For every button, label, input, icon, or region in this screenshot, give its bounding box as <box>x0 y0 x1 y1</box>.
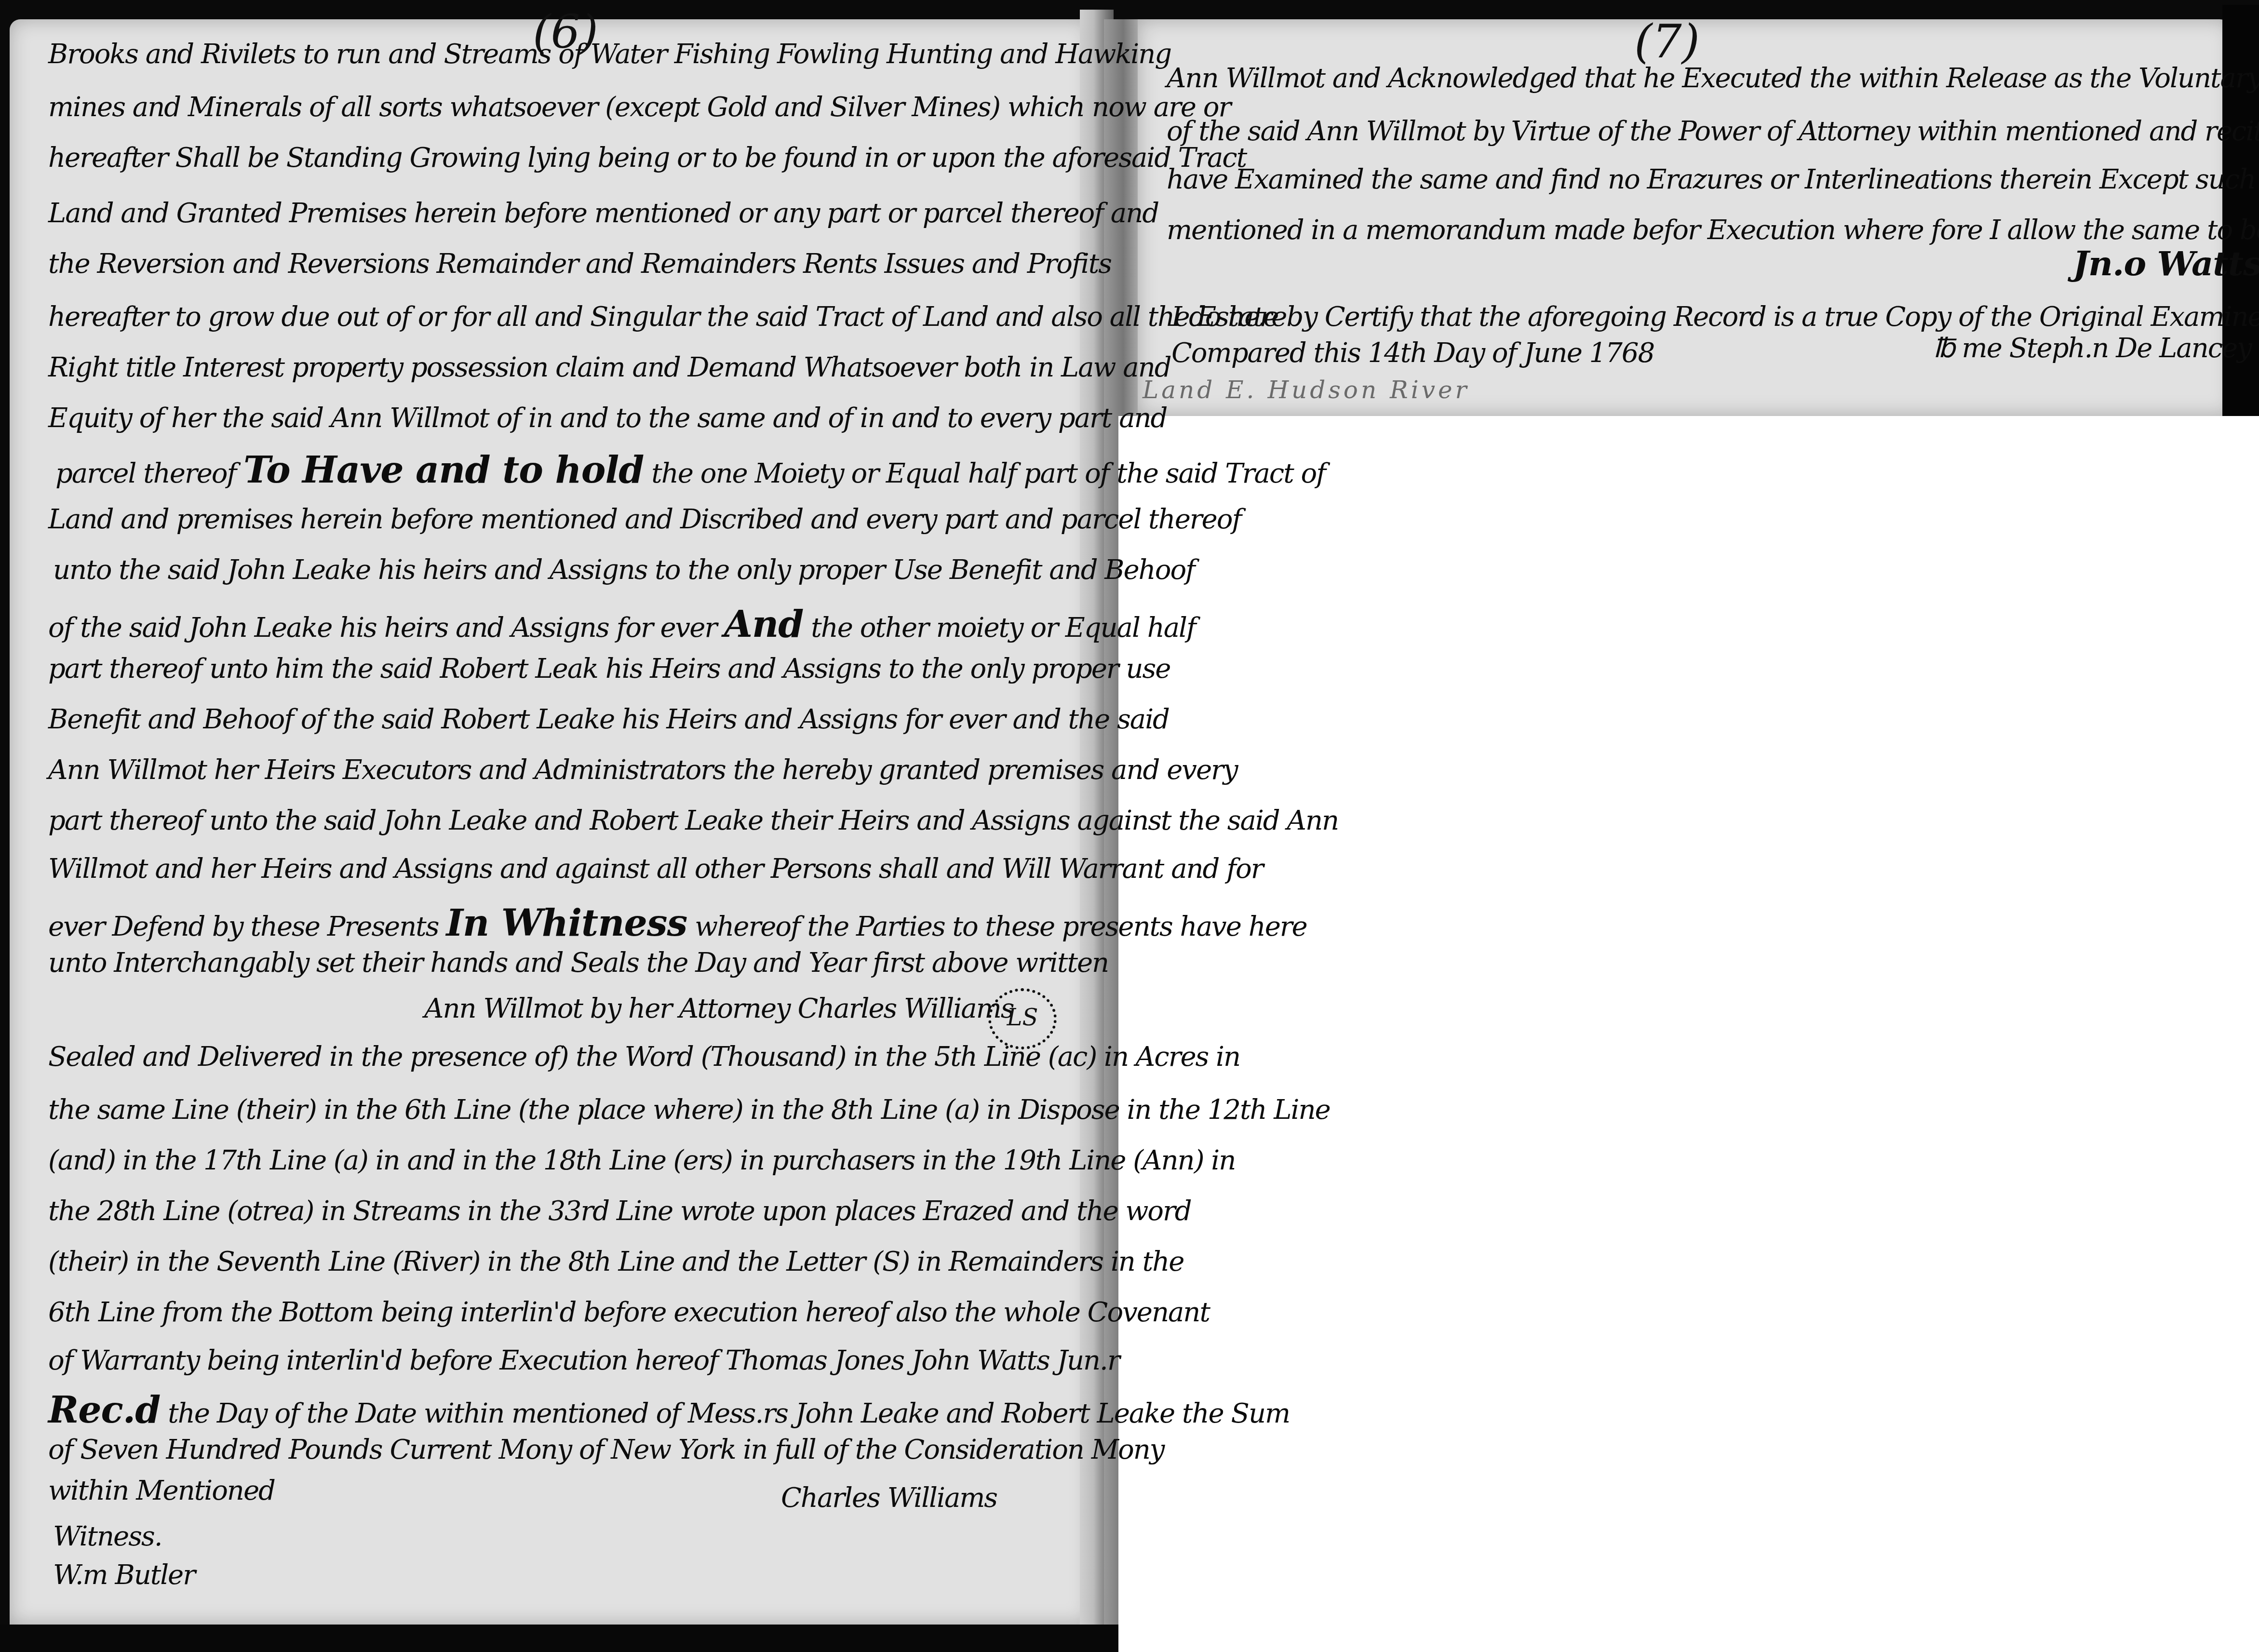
witness-label: Witness. <box>53 1521 161 1552</box>
manuscript-line: the 28th Line (otrea) in Streams in the … <box>48 1195 1191 1227</box>
manuscript-line: hereafter to grow due out of or for all … <box>48 301 1278 333</box>
manuscript-line: hereafter Shall be Standing Growing lyin… <box>48 142 1246 174</box>
manuscript-line: Benefit and Behoof of the said Robert Le… <box>48 704 1169 735</box>
signature-charles-williams: Charles Williams <box>781 1482 997 1514</box>
manuscript-line: Land and premises herein before mentione… <box>48 504 1241 535</box>
manuscript-line: unto the said John Leake his heirs and A… <box>53 554 1195 586</box>
manuscript-line: I do hereby Certify that the aforegoing … <box>1171 301 2259 333</box>
bottom-shadow <box>0 1625 1118 1652</box>
manuscript-line: mentioned in a memorandum made befor Exe… <box>1167 215 2259 246</box>
seal-ls: LS <box>988 988 1057 1049</box>
manuscript-line: Right title Interest property possession… <box>48 352 1171 383</box>
blank-region <box>1118 416 2259 1652</box>
emphasis-to-have-and-to-hold: To Have and to hold <box>243 448 644 491</box>
manuscript-line: mines and Minerals of all sorts whatsoev… <box>48 92 1230 123</box>
manuscript-line: Equity of her the said Ann Willmot of in… <box>48 403 1167 434</box>
manuscript-line: of Seven Hundred Pounds Current Mony of … <box>48 1434 1164 1465</box>
manuscript-line-receipt: Rec.d the Day of the Date within mention… <box>48 1388 1290 1431</box>
manuscript-line: Land and Granted Premises herein before … <box>48 198 1158 229</box>
manuscript-line: have Examined the same and find no Erazu… <box>1167 164 2259 195</box>
manuscript-line: Ann Willmot her Heirs Executors and Admi… <box>48 754 1237 786</box>
manuscript-line-witness: ever Defend by these Presents In Whitnes… <box>48 901 1307 944</box>
manuscript-line: (and) in the 17th Line (a) in and in the… <box>48 1145 1235 1176</box>
manuscript-line: of Warranty being interlin'd before Exec… <box>48 1345 1119 1376</box>
manuscript-line: Ann Willmot and Acknowledged that he Exe… <box>1167 63 2259 94</box>
manuscript-line-habendum: parcel thereof To Have and to hold the o… <box>55 448 1325 491</box>
signature-de-lancey: ℔ me Steph.n De Lancey Clk <box>1933 333 2259 364</box>
pencil-annotation: Land E. Hudson River <box>1143 376 1469 404</box>
emphasis-and: And <box>724 603 803 645</box>
manuscript-line: within Mentioned <box>48 1475 275 1506</box>
manuscript-line: Compared this 14th Day of June 1768 <box>1171 337 1654 369</box>
signature-ann-willmot: Ann Willmot by her Attorney Charles Will… <box>424 993 1014 1024</box>
manuscript-line: of the said Ann Willmot by Virtue of the… <box>1167 116 2259 147</box>
manuscript-line: (their) in the Seventh Line (River) in t… <box>48 1246 1183 1277</box>
manuscript-line-and: of the said John Leake his heirs and Ass… <box>48 603 1196 645</box>
manuscript-line: Sealed and Delivered in the presence of)… <box>48 1041 1240 1073</box>
manuscript-line: the same Line (their) in the 6th Line (t… <box>48 1094 1330 1126</box>
manuscript-line: part thereof unto the said John Leake an… <box>48 805 1338 836</box>
emphasis-recd: Rec.d <box>48 1388 160 1431</box>
manuscript-line: part thereof unto him the said Robert Le… <box>48 653 1170 685</box>
signature-jno-watts: Jn.o Watts <box>2073 243 2259 283</box>
witness-name: W.m Butler <box>53 1559 195 1591</box>
manuscript-line: unto Interchangably set their hands and … <box>48 947 1108 979</box>
manuscript-line: Willmot and her Heirs and Assigns and ag… <box>48 853 1263 885</box>
manuscript-line: 6th Line from the Bottom being interlin'… <box>48 1297 1210 1328</box>
manuscript-line: Brooks and Rivilets to run and Streams o… <box>48 39 1171 70</box>
folio-number-right: (7) <box>1634 14 1700 68</box>
emphasis-in-witness: In Whitness <box>446 901 687 944</box>
manuscript-line: the Reversion and Reversions Remainder a… <box>48 248 1111 280</box>
